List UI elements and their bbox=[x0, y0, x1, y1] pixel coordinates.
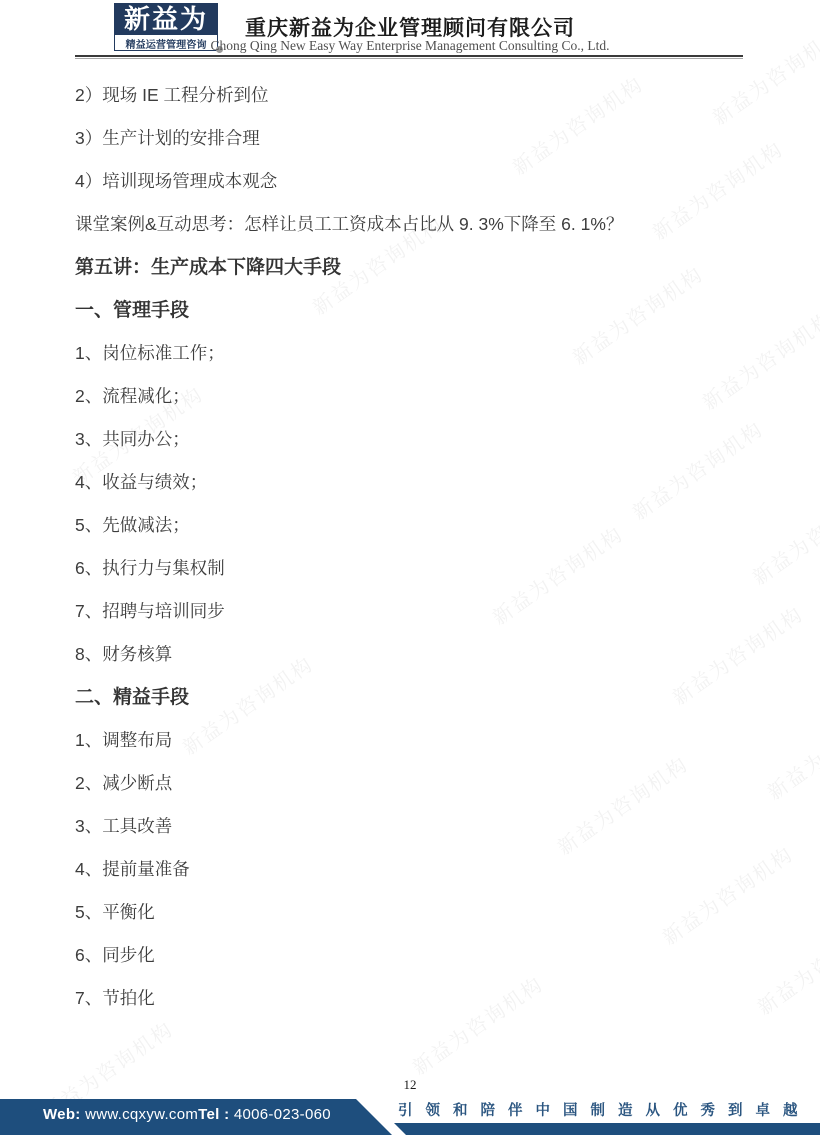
body-line: 2、流程减化； bbox=[75, 375, 790, 418]
body-line: 4、提前量准备 bbox=[75, 848, 790, 891]
company-name-en: Chong Qing New Easy Way Enterprise Manag… bbox=[0, 38, 820, 54]
body-line: 2、减少断点 bbox=[75, 762, 790, 805]
body-line: 1、调整布局 bbox=[75, 719, 790, 762]
footer-bottom-strip bbox=[394, 1123, 820, 1135]
page-number: 12 bbox=[370, 1077, 450, 1093]
footer-slogan: 引领和陪伴中国制造从优秀到卓越 bbox=[398, 1099, 811, 1120]
body-line: 第五讲：生产成本下降四大手段 bbox=[75, 246, 790, 289]
body-line: 1、岗位标准工作； bbox=[75, 332, 790, 375]
tel-label: Tel : bbox=[198, 1106, 234, 1123]
body-line: 课堂案例&互动思考：怎样让员工工资成本占比从 9. 3%下降至 6. 1%？ bbox=[75, 203, 790, 246]
document-body: 2）现场 IE 工程分析到位3）生产计划的安排合理4）培训现场管理成本观念课堂案… bbox=[75, 74, 790, 1020]
body-line: 6、执行力与集权制 bbox=[75, 547, 790, 590]
web-value[interactable]: www.cqxyw.com bbox=[85, 1106, 198, 1123]
body-line: 3、共同办公； bbox=[75, 418, 790, 461]
body-line: 5、平衡化 bbox=[75, 891, 790, 934]
document-page: 新益为咨询机构新益为咨询机构新益为咨询机构新益为咨询机构新益为咨询机构新益为咨询… bbox=[0, 0, 820, 1135]
body-line: 8、财务核算 bbox=[75, 633, 790, 676]
body-line: 4、收益与绩效； bbox=[75, 461, 790, 504]
body-line: 3）生产计划的安排合理 bbox=[75, 117, 790, 160]
header-divider bbox=[75, 55, 743, 59]
tel-value: 4006-023-060 bbox=[234, 1106, 331, 1123]
footer-contact: Web: www.cqxyw.comTel : 4006-023-060 bbox=[43, 1106, 331, 1123]
body-line: 7、招聘与培训同步 bbox=[75, 590, 790, 633]
body-line: 3、工具改善 bbox=[75, 805, 790, 848]
body-line: 5、先做减法； bbox=[75, 504, 790, 547]
body-line: 4）培训现场管理成本观念 bbox=[75, 160, 790, 203]
web-label: Web: bbox=[43, 1106, 85, 1123]
body-line: 6、同步化 bbox=[75, 934, 790, 977]
body-line: 2）现场 IE 工程分析到位 bbox=[75, 74, 790, 117]
body-line: 一、管理手段 bbox=[75, 289, 790, 332]
body-line: 二、精益手段 bbox=[75, 676, 790, 719]
body-line: 7、节拍化 bbox=[75, 977, 790, 1020]
